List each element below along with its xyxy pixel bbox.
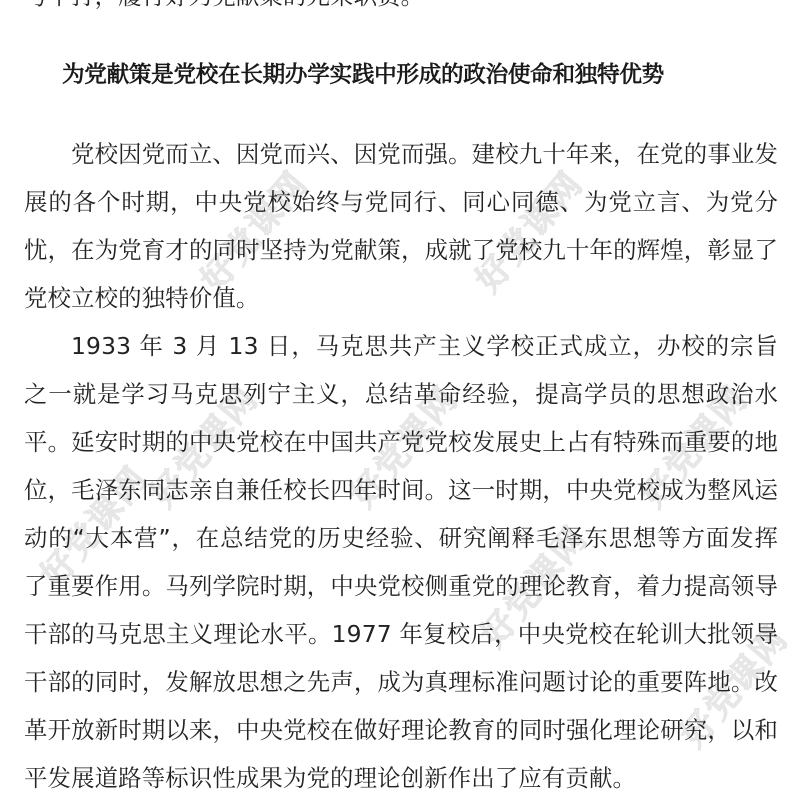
document-page: 好党课网 好党课网 好党课网 好党课网 好党课网 好党课网 好党课网 好党课网 … [0,0,800,800]
previous-paragraph-fragment: 与中打，履行好为党献策的光荣职责。 [24,0,778,20]
section-heading: 为党献策是党校在长期办学实践中形成的政治使命和独特优势 [62,55,664,95]
paragraph-2: 1933 年 3 月 13 日，马克思共产主义学校正式成立，办校的宗旨之一就是学… [24,322,778,800]
paragraph-1: 党校因党而立、因党而兴、因党而强。建校九十年来，在党的事业发展的各个时期，中央党… [24,130,778,322]
